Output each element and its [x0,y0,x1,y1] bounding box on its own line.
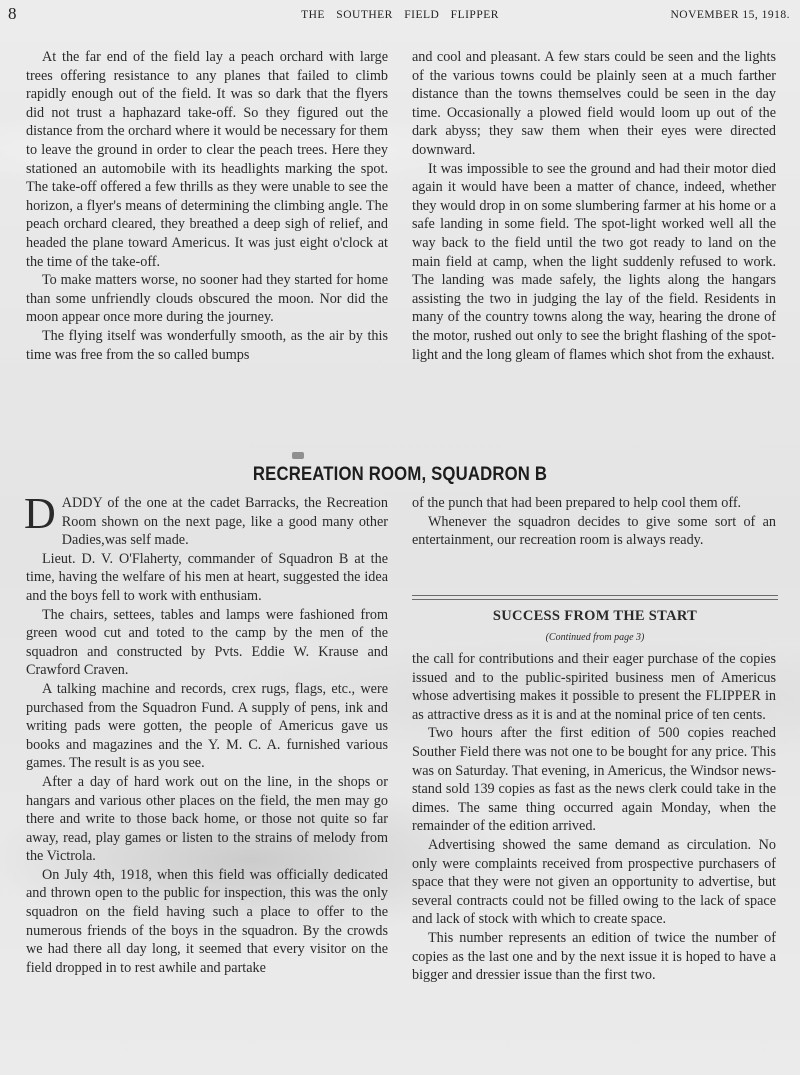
continued-article-left-column: At the far end of the field lay a peach … [26,48,388,364]
paragraph: A talking machine and records, crex rugs… [26,680,388,773]
section-divider [412,595,778,600]
paragraph: This number represents an edition of twi… [412,929,776,985]
drop-cap: D [24,496,56,532]
paragraph: On July 4th, 1918, when this field was o… [26,866,388,978]
recreation-headline: RECREATION ROOM, SQUADRON B [48,464,752,486]
paragraph: It was impossible to see the ground and … [412,160,776,365]
page-header: 8 THE SOUTHER FIELD FLIPPER NOVEMBER 15,… [0,6,800,28]
paragraph: Lieut. D. V. O'Flaherty, commander of Sq… [26,550,388,606]
paragraph: The flying itself was wonderfully smooth… [26,327,388,364]
issue-date: NOVEMBER 15, 1918. [670,9,790,21]
opening-paragraph: DADDY of the one at the cadet Barracks, … [26,494,388,550]
recreation-article-right-column: of the punch that had been prepared to h… [412,494,776,550]
opening-text: ADDY of the one at the cadet Barracks, t… [62,495,388,548]
success-headline: SUCCESS FROM THE START [412,608,778,625]
paragraph: the call for contributions and their eag… [412,650,776,724]
paragraph: and cool and pleasant. A few stars could… [412,48,776,160]
paragraph: At the far end of the field lay a peach … [26,48,388,271]
paragraph: Whenever the squadron decides to give so… [412,513,776,550]
ornament-mark [292,452,304,459]
paragraph: Two hours after the first edition of 500… [412,724,776,836]
continued-note: (Continued from page 3) [412,632,778,643]
success-article-column: the call for contributions and their eag… [412,650,776,985]
paragraph: To make matters worse, no sooner had the… [26,271,388,327]
paragraph: Advertising showed the same demand as ci… [412,836,776,929]
paragraph: of the punch that had been prepared to h… [412,494,776,513]
continued-article-right-column: and cool and pleasant. A few stars could… [412,48,776,364]
recreation-article-left-column: DADDY of the one at the cadet Barracks, … [26,494,388,977]
paragraph: After a day of hard work out on the line… [26,773,388,866]
paragraph: The chairs, settees, tables and lamps we… [26,606,388,680]
